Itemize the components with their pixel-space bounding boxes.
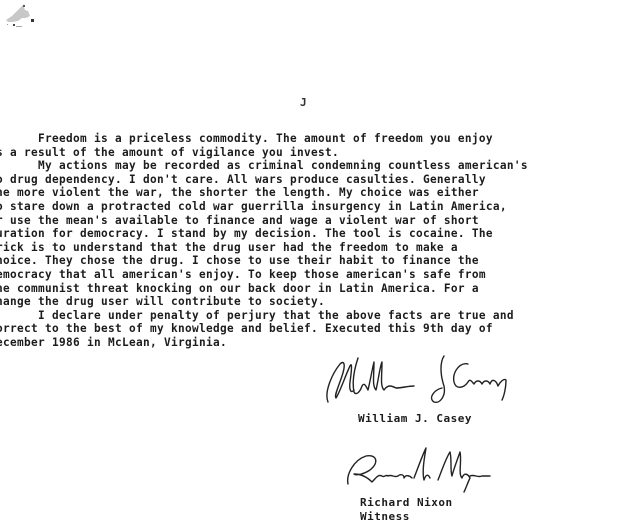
- text-line: emocracy that all american's enjoy. To k…: [0, 268, 617, 282]
- text-line: rick is to understand that the drug user…: [0, 241, 617, 255]
- text-line: ecember 1986 in McLean, Virginia.: [0, 336, 617, 350]
- page-number-mark: J: [300, 96, 307, 109]
- text-line: I declare under penalty of perjury that …: [0, 309, 617, 323]
- text-line: My actions may be recorded as criminal c…: [0, 159, 617, 173]
- text-line: o drug dependency. I don't care. All war…: [0, 173, 617, 187]
- nixon-name-label: Richard Nixon: [360, 496, 453, 509]
- text-line: hange the drug user will contribute to s…: [0, 295, 617, 309]
- casey-signature-icon: [318, 352, 518, 410]
- scan-artifact-icon: [4, 2, 34, 28]
- declaration-paragraph: Freedom is a priceless commodity. The am…: [0, 132, 617, 350]
- text-line: orrect to the best of my knowledge and b…: [0, 322, 617, 336]
- casey-name-label: William J. Casey: [358, 412, 472, 425]
- text-line: he communist threat knocking on our back…: [0, 282, 617, 296]
- text-line: o stare down a protracted cold war guerr…: [0, 200, 617, 214]
- nixon-signature-icon: [342, 444, 492, 494]
- text-line: hoice. They chose the drug. I chose to u…: [0, 254, 617, 268]
- text-line: he more violent the war, the shorter the…: [0, 186, 617, 200]
- text-line: Freedom is a priceless commodity. The am…: [0, 132, 617, 146]
- text-line: r use the mean's available to finance an…: [0, 214, 617, 228]
- nixon-role-label: Witness: [360, 510, 410, 523]
- text-line: uration for democracy. I stand by my dec…: [0, 227, 617, 241]
- text-line: s a result of the amount of vigilance yo…: [0, 146, 617, 160]
